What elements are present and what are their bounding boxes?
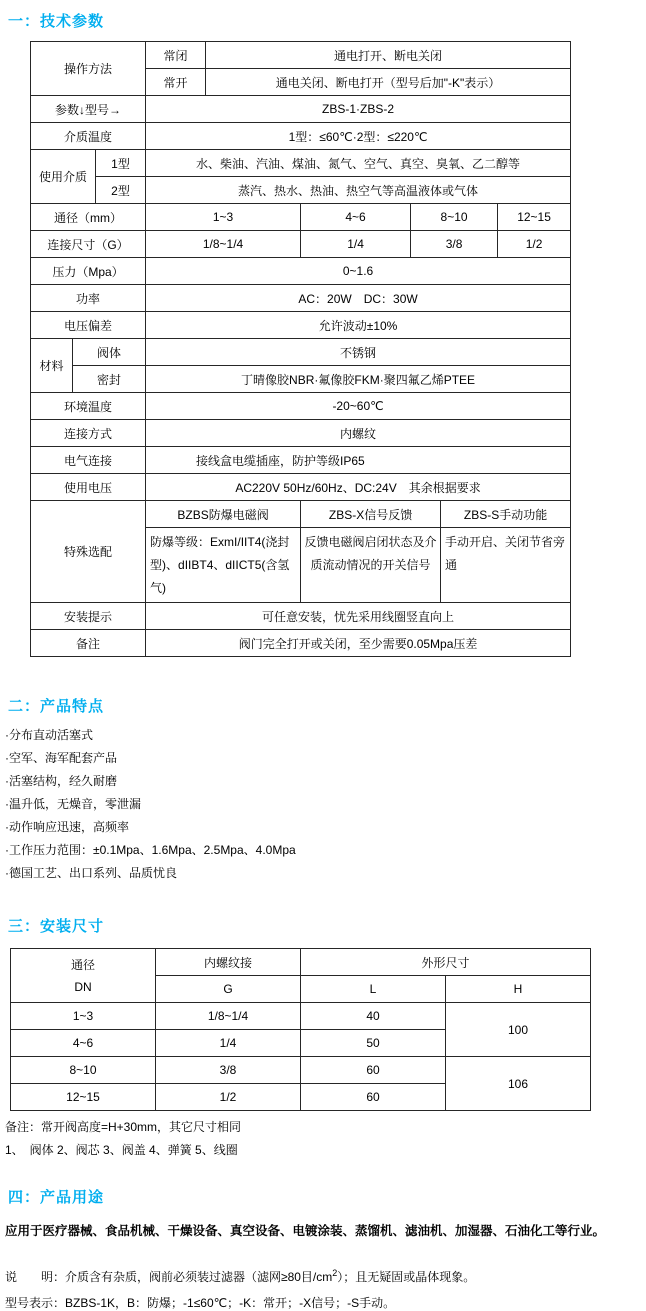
dims-cell: 1/4 (156, 1030, 301, 1057)
table-row: 通径（mm） 1~3 4~6 8~10 12~15 (31, 204, 571, 231)
ambient-temp-value: -20~60℃ (146, 393, 571, 420)
table-row: 功率 AC：20W DC：30W (31, 285, 571, 312)
table-row: 参数↓型号→ ZBS-1·ZBS-2 (31, 96, 571, 123)
section-heading-usage: 四：产品用途 (8, 1186, 646, 1207)
power-value: AC：20W DC：30W (146, 285, 571, 312)
table-row: 8~10 3/8 60 106 (11, 1057, 591, 1084)
table-row: 通径 DN 内螺纹接 外形尺寸 (11, 949, 591, 976)
special-d2: 反馈电磁阀启闭状态及介质流动情况的开关信号 (301, 528, 441, 603)
medium-type2-label: 2型 (96, 177, 146, 204)
diameter-v4: 12~15 (498, 204, 571, 231)
dims-cell: 3/8 (156, 1057, 301, 1084)
connection-size-v4: 1/2 (498, 231, 571, 258)
electrical-label: 电气连接 (31, 447, 146, 474)
table-row: 1~3 1/8~1/4 40 100 (11, 1003, 591, 1030)
dims-header-dn-line1: 通径 (14, 954, 152, 976)
table-row: 操作方法 常闭 通电打开、断电关闭 (31, 42, 571, 69)
usage-filter-note: 说 明：介质含有杂质，阀前必须装过滤器（滤网≥80目/cm2）；且无疑固或晶体现… (5, 1269, 646, 1285)
table-row: 特殊选配 BZBS防爆电磁阀 ZBS-X信号反馈 ZBS-S手动功能 (31, 501, 571, 528)
dims-header-g: G (156, 976, 301, 1003)
usage-applications: 应用于医疗器械、食品机械、干燥设备、真空设备、电镀涂装、蒸馏机、滤油机、加湿器、… (5, 1221, 646, 1239)
medium-type1-label: 1型 (96, 150, 146, 177)
special-h2: ZBS-X信号反馈 (301, 501, 441, 528)
ambient-temp-label: 环境温度 (31, 393, 146, 420)
medium-temp-label: 介质温度 (31, 123, 146, 150)
operate-nc-label: 常闭 (146, 42, 206, 69)
operate-label: 操作方法 (31, 42, 146, 96)
dims-cell: 60 (301, 1084, 446, 1111)
remark-value: 阀门完全打开或关闭，至少需要0.05Mpa压差 (146, 630, 571, 657)
material-label: 材料 (31, 339, 73, 393)
voltage-deviation-label: 电压偏差 (31, 312, 146, 339)
table-row: 材料 阀体 不锈钢 (31, 339, 571, 366)
table-row: 使用介质 1型 水、柴油、汽油、煤油、氮气、空气、真空、臭氧、乙二醇等 (31, 150, 571, 177)
electrical-value: 接线盒电缆插座，防护等级IP65 (146, 447, 571, 474)
list-item: ·活塞结构，经久耐磨 (5, 770, 646, 793)
section-heading-features: 二：产品特点 (8, 695, 646, 716)
usage-model-designation: 型号表示：BZBS-1K，B：防爆；-1≤60℃；-K：常开；-X信号；-S手动… (5, 1295, 646, 1311)
features-list: ·分布直动活塞式 ·空军、海军配套产品 ·活塞结构，经久耐磨 ·温升低，无燥音，… (5, 724, 646, 885)
material-body-label: 阀体 (73, 339, 146, 366)
operate-no-value: 通电关闭、断电打开（型号后加"-K"表示） (206, 69, 571, 96)
table-row: 压力（Mpa） 0~1.6 (31, 258, 571, 285)
special-label: 特殊选配 (31, 501, 146, 603)
material-seal-value: 丁晴像胶NBR·氟像胶FKM·聚四氟乙烯PTEE (146, 366, 571, 393)
table-row: 备注 阀门完全打开或关闭，至少需要0.05Mpa压差 (31, 630, 571, 657)
medium-temp-value: 1型：≤60℃·2型：≤220℃ (146, 123, 571, 150)
table-row: 环境温度 -20~60℃ (31, 393, 571, 420)
material-body-value: 不锈钢 (146, 339, 571, 366)
dims-header-outline: 外形尺寸 (301, 949, 591, 976)
table-row: 电气连接 接线盒电缆插座，防护等级IP65 (31, 447, 571, 474)
table-row: 连接尺寸（G） 1/8~1/4 1/4 3/8 1/2 (31, 231, 571, 258)
voltage-label: 使用电压 (31, 474, 146, 501)
diameter-label: 通径（mm） (31, 204, 146, 231)
remark-label: 备注 (31, 630, 146, 657)
dimensions-table: 通径 DN 内螺纹接 外形尺寸 G L H 1~3 1/8~1/4 40 100… (10, 948, 591, 1111)
operate-no-label: 常开 (146, 69, 206, 96)
dims-cell: 8~10 (11, 1057, 156, 1084)
dims-cell: 1~3 (11, 1003, 156, 1030)
dims-cell: 1/8~1/4 (156, 1003, 301, 1030)
dims-cell: 12~15 (11, 1084, 156, 1111)
special-d1: 防爆等级：ExmI/IIT4(浇封型)、dIIBT4、dIICT5(含氢气) (146, 528, 301, 603)
connection-size-v1: 1/8~1/4 (146, 231, 301, 258)
dims-cell: 4~6 (11, 1030, 156, 1057)
connection-size-label: 连接尺寸（G） (31, 231, 146, 258)
voltage-deviation-value: 允许波动±10% (146, 312, 571, 339)
table-row: 安装提示 可任意安装，忧先采用线圈竖直向上 (31, 603, 571, 630)
dims-cell: 1/2 (156, 1084, 301, 1111)
usage-note-pre: 说 明：介质含有杂质，阀前必须装过滤器（滤网≥80目/cm (5, 1270, 332, 1284)
dims-header-dn: 通径 DN (11, 949, 156, 1003)
table-row: 使用电压 AC220V 50Hz/60Hz、DC:24V 其余根据要求 (31, 474, 571, 501)
list-item: ·动作响应迅速，高频率 (5, 816, 646, 839)
connect-type-value: 内螺纹 (146, 420, 571, 447)
dims-cell: 40 (301, 1003, 446, 1030)
section-heading-dimensions: 三：安装尺寸 (8, 915, 646, 936)
dims-cell: 50 (301, 1030, 446, 1057)
tech-params-table: 操作方法 常闭 通电打开、断电关闭 常开 通电关闭、断电打开（型号后加"-K"表… (30, 41, 571, 657)
dims-cell-h2: 106 (446, 1057, 591, 1111)
section-heading-tech-params: 一：技术参数 (8, 10, 646, 31)
list-item: ·德国工艺、出口系列、品质忧良 (5, 862, 646, 885)
material-seal-label: 密封 (73, 366, 146, 393)
diameter-v1: 1~3 (146, 204, 301, 231)
medium-type1-value: 水、柴油、汽油、煤油、氮气、空气、真空、臭氧、乙二醇等 (146, 150, 571, 177)
dims-header-dn-line2: DN (14, 976, 152, 998)
list-item: ·分布直动活塞式 (5, 724, 646, 747)
dims-note-height: 备注：常开阀高度=H+30mm，其它尺寸相同 (5, 1119, 646, 1135)
pressure-value: 0~1.6 (146, 258, 571, 285)
list-item: ·空军、海军配套产品 (5, 747, 646, 770)
install-tip-label: 安装提示 (31, 603, 146, 630)
pressure-label: 压力（Mpa） (31, 258, 146, 285)
power-label: 功率 (31, 285, 146, 312)
param-model-label: 参数↓型号→ (31, 96, 146, 123)
connection-size-v2: 1/4 (301, 231, 411, 258)
dims-note-parts: 1、 阀体 2、阀芯 3、阀盖 4、弹簧 5、线圈 (5, 1142, 646, 1158)
dims-header-h: H (446, 976, 591, 1003)
special-h1: BZBS防爆电磁阀 (146, 501, 301, 528)
dimensions-notes: 备注：常开阀高度=H+30mm，其它尺寸相同 1、 阀体 2、阀芯 3、阀盖 4… (5, 1119, 646, 1158)
table-row: 连接方式 内螺纹 (31, 420, 571, 447)
connect-type-label: 连接方式 (31, 420, 146, 447)
install-tip-value: 可任意安装，忧先采用线圈竖直向上 (146, 603, 571, 630)
diameter-v3: 8~10 (411, 204, 498, 231)
dims-header-l: L (301, 976, 446, 1003)
param-model-value: ZBS-1·ZBS-2 (146, 96, 571, 123)
table-row: 介质温度 1型：≤60℃·2型：≤220℃ (31, 123, 571, 150)
medium-type2-value: 蒸汽、热水、热油、热空气等高温液体或气体 (146, 177, 571, 204)
voltage-value: AC220V 50Hz/60Hz、DC:24V 其余根据要求 (146, 474, 571, 501)
table-row: 电压偏差 允许波动±10% (31, 312, 571, 339)
list-item: ·温升低，无燥音，零泄漏 (5, 793, 646, 816)
medium-label: 使用介质 (31, 150, 96, 204)
usage-note-post: ）；且无疑固或晶体现象。 (337, 1270, 475, 1284)
list-item: ·工作压力范围：±0.1Mpa、1.6Mpa、2.5Mpa、4.0Mpa (5, 839, 646, 862)
special-d3: 手动开启、关闭节省旁通 (441, 528, 571, 603)
dims-cell-h1: 100 (446, 1003, 591, 1057)
dims-cell: 60 (301, 1057, 446, 1084)
special-h3: ZBS-S手动功能 (441, 501, 571, 528)
dims-header-thread: 内螺纹接 (156, 949, 301, 976)
table-row: 密封 丁晴像胶NBR·氟像胶FKM·聚四氟乙烯PTEE (31, 366, 571, 393)
operate-nc-value: 通电打开、断电关闭 (206, 42, 571, 69)
usage-section: 应用于医疗器械、食品机械、干燥设备、真空设备、电镀涂装、蒸馏机、滤油机、加湿器、… (5, 1221, 646, 1311)
diameter-v2: 4~6 (301, 204, 411, 231)
table-row: 2型 蒸汽、热水、热油、热空气等高温液体或气体 (31, 177, 571, 204)
connection-size-v3: 3/8 (411, 231, 498, 258)
